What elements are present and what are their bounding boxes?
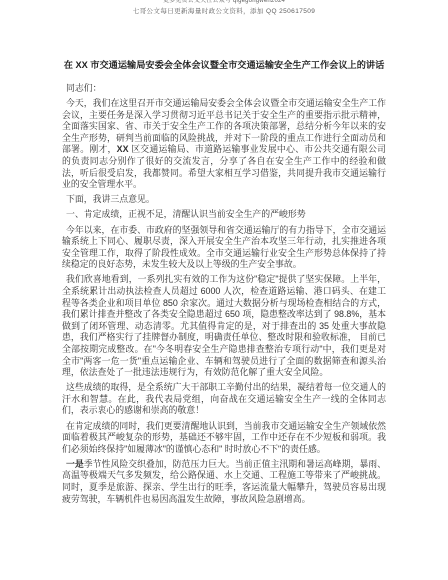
header-watermark: 更多免费公文关注公众号 qigegongwen2024 七哥公文每日更新海量时政… — [0, 0, 448, 16]
text-run: 季节性风险交织叠加，防范压力巨大。当前正值主汛期和暑运高峰期，暴雨、高温等极端天… — [62, 459, 386, 504]
text-run: 一、肯定成绩，正视不足，清醒认识当前安全生产的严峻形势 — [66, 209, 306, 219]
paragraph: 在肯定成绩的同时，我们更要清醒地认识到，当前我市交通运输安全生产领域依然面临着极… — [62, 421, 386, 456]
watermark-line-2: 七哥公文每日更新海量时政公文资料，添加 QQ 250617509 — [0, 8, 448, 16]
bold-text-run: XX — [117, 144, 129, 154]
paragraph: 今年以来，在市委、市政府的坚强领导和省交通运输厅的有力指导下，全市交通运输系统上… — [62, 225, 386, 271]
text-run: 这些成绩的取得，是全系统广大干部职工辛勤付出的结果，凝结着每一位交通人的汗水和智… — [62, 382, 386, 415]
bold-text-run: 一是 — [66, 459, 84, 469]
text-run: 下面，我讲三点意见。 — [66, 194, 155, 204]
paragraph: 这些成绩的取得，是全系统广大干部职工辛勤付出的结果，凝结着每一位交通人的汗水和智… — [62, 382, 386, 417]
paragraph: 一、肯定成绩，正视不足，清醒认识当前安全生产的严峻形势 — [62, 209, 386, 221]
document-body: 同志们：今天，我们在这里召开市交通运输局安委会全体会议暨全市交通运输安全生产工作… — [62, 83, 386, 505]
watermark-line-1: 更多免费公文关注公众号 qigegongwen2024 — [0, 0, 448, 5]
paragraph: 我们欣喜地看到，一系列扎实有效的工作为这份"稳定"提供了坚实保障。上半年，全系统… — [62, 274, 386, 378]
text-run: 同志们： — [66, 83, 102, 93]
text-run: 我们欣喜地看到，一系列扎实有效的工作为这份"稳定"提供了坚实保障。上半年，全系统… — [62, 274, 386, 377]
paragraph: 今天，我们在这里召开市交通运输局安委会全体会议暨全市交通运输安全生产工作会议，主… — [62, 98, 386, 191]
paragraph: 一是季节性风险交织叠加，防范压力巨大。当前正值主汛期和暑运高峰期，暴雨、高温等极… — [62, 459, 386, 505]
paragraph: 同志们： — [62, 83, 386, 95]
document-title: 在 XX 市交通运输局安委会全体会议暨全市交通运输安全生产工作会议上的讲话 — [54, 59, 394, 71]
text-run: 在肯定成绩的同时，我们更要清醒地认识到，当前我市交通运输安全生产领域依然面临着极… — [62, 421, 386, 454]
paragraph: 下面，我讲三点意见。 — [62, 194, 386, 206]
text-run: 今年以来，在市委、市政府的坚强领导和省交通运输厅的有力指导下，全市交通运输系统上… — [62, 225, 386, 270]
document-page: 更多免费公文关注公众号 qigegongwen2024 七哥公文每日更新海量时政… — [0, 0, 448, 580]
